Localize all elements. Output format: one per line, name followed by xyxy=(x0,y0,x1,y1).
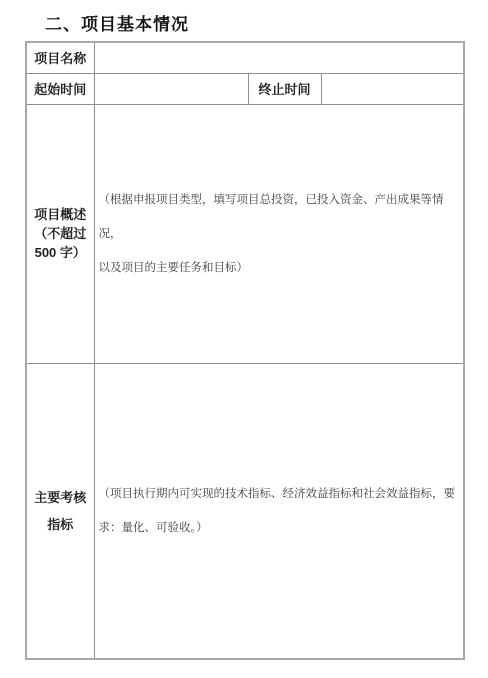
overview-placeholder-text: （根据申报项目类型，填写项目总投资，已投入资金、产出成果等情况， 以及项目的主要… xyxy=(95,183,464,285)
dates-row: 起始时间 终止时间 xyxy=(26,73,464,104)
end-date-value-cell[interactable] xyxy=(321,73,464,104)
overview-row: 项目概述 （不超过 500 字） （根据申报项目类型，填写项目总投资，已投入资金… xyxy=(26,104,464,363)
start-date-value-cell[interactable] xyxy=(94,73,248,104)
indicators-label: 主要考核 指标 xyxy=(26,363,94,659)
start-date-label: 起始时间 xyxy=(26,73,94,104)
project-name-label: 项目名称 xyxy=(26,42,94,73)
overview-label: 项目概述 （不超过 500 字） xyxy=(26,104,94,363)
project-name-row: 项目名称 xyxy=(26,42,464,73)
indicators-row: 主要考核 指标 （项目执行期内可实现的技术指标、经济效益指标和社会效益指标，要 … xyxy=(26,363,464,659)
section-title: 二、项目基本情况 xyxy=(45,10,189,35)
overview-content-cell[interactable]: （根据申报项目类型，填写项目总投资，已投入资金、产出成果等情况， 以及项目的主要… xyxy=(94,104,464,363)
project-name-value-cell[interactable] xyxy=(94,42,464,73)
document-page: 二、项目基本情况 项目名称 起始时间 终止时间 项目概述 （不超过 500 字）… xyxy=(0,0,488,678)
indicators-content-cell[interactable]: （项目执行期内可实现的技术指标、经济效益指标和社会效益指标，要 求：量化、可验收… xyxy=(94,363,464,659)
indicators-placeholder-text: （项目执行期内可实现的技术指标、经济效益指标和社会效益指标，要 求：量化、可验收… xyxy=(95,477,464,545)
end-date-label: 终止时间 xyxy=(248,73,321,104)
project-info-table: 项目名称 起始时间 终止时间 项目概述 （不超过 500 字） （根据申报项目类… xyxy=(25,41,465,660)
